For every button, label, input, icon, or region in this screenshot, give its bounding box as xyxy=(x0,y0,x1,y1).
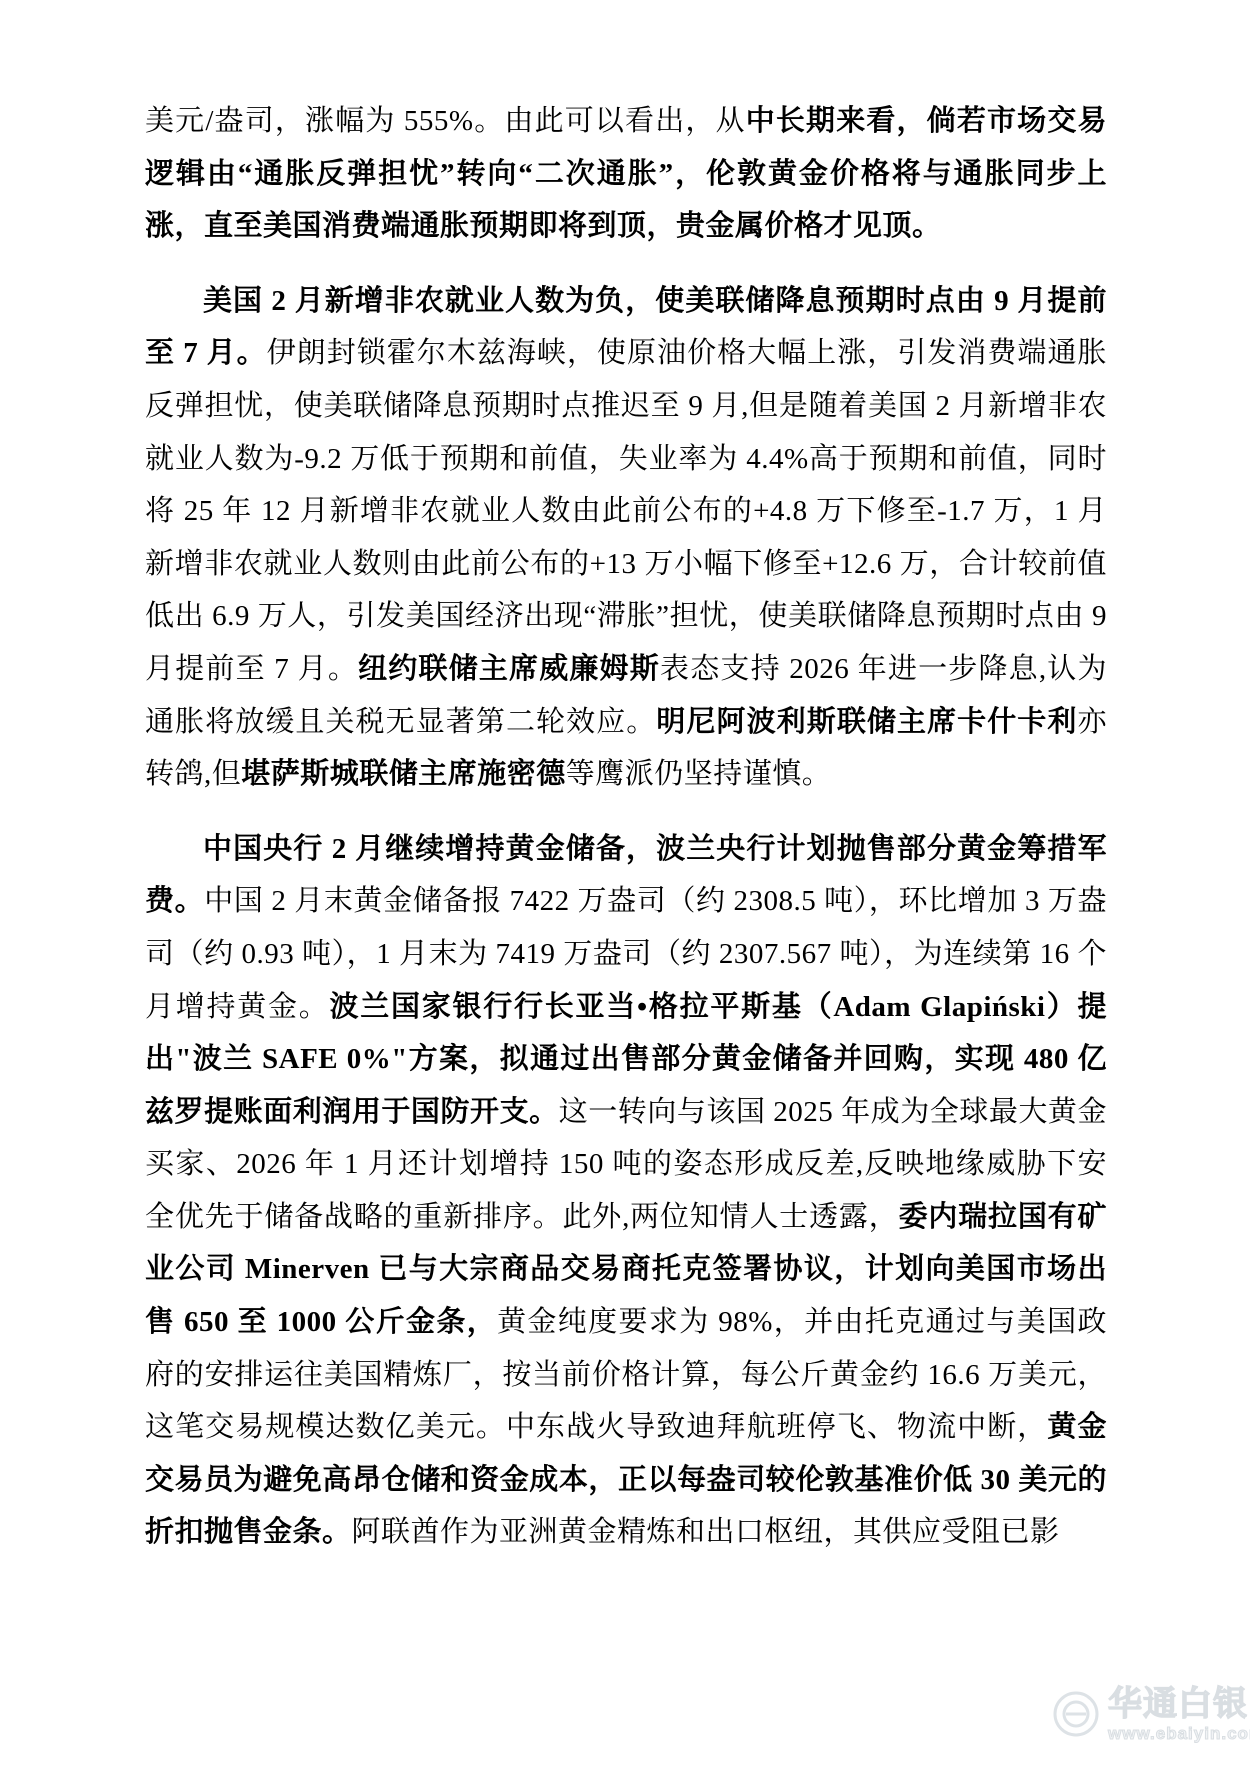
text-run: 纽约联储主席威廉姆斯 xyxy=(358,653,660,685)
document-body: 美元/盎司，涨幅为 555%。由此可以看出，从中长期来看，倘若市场交易逻辑由“通… xyxy=(145,95,1107,1581)
paragraph-gold-price-outlook: 美元/盎司，涨幅为 555%。由此可以看出，从中长期来看，倘若市场交易逻辑由“通… xyxy=(145,95,1107,253)
text-run: 等鹰派仍坚持谨慎。 xyxy=(566,758,832,790)
watermark-site-url: www.ebaiyin.com xyxy=(1108,1725,1250,1742)
watermark-logo-icon xyxy=(1052,1688,1100,1745)
paragraph-central-bank-gold-reserves: 中国央行 2 月继续增持黄金储备，波兰央行计划抛售部分黄金筹措军费。中国 2 月… xyxy=(145,823,1107,1559)
document-page: 美元/盎司，涨幅为 555%。由此可以看出，从中长期来看，倘若市场交易逻辑由“通… xyxy=(0,0,1250,1768)
text-run: 阿联酋作为亚洲黄金精炼和出口枢纽，其供应受阻已影 xyxy=(352,1516,1060,1548)
text-run: 明尼阿波利斯联储主席卡什卡利 xyxy=(656,706,1077,738)
watermark: 华通白银网 www.ebaiyin.com xyxy=(1052,1688,1250,1745)
paragraph-us-nonfarm-payrolls: 美国 2 月新增非农就业人数为负，使美联储降息预期时点由 9 月提前至 7 月。… xyxy=(145,275,1107,801)
text-run: 堪萨斯城联储主席施密德 xyxy=(241,758,566,790)
watermark-site-name: 华通白银网 xyxy=(1108,1688,1250,1722)
watermark-text-block: 华通白银网 www.ebaiyin.com xyxy=(1108,1688,1250,1742)
text-run: 美元/盎司，涨幅为 555%。由此可以看出，从 xyxy=(145,105,746,137)
text-run: 伊朗封锁霍尔木兹海峡，使原油价格大幅上涨，引发消费端通胀反弹担忧，使美联储降息预… xyxy=(145,337,1107,685)
